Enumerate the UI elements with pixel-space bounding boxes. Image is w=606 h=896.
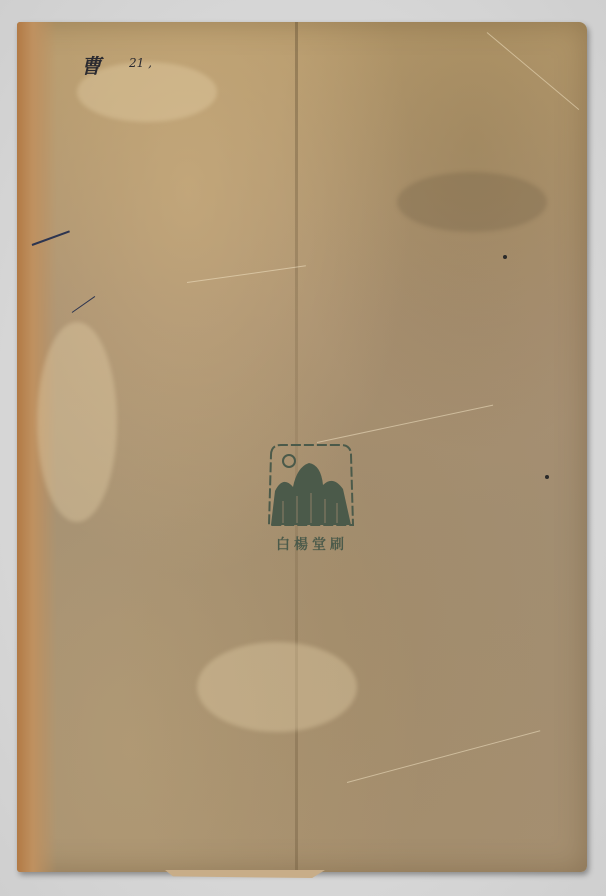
stain [397, 172, 547, 232]
scratch [347, 730, 540, 783]
scratch [487, 32, 580, 110]
ink-dot [503, 255, 507, 259]
publisher-name: 白楊堂刷 [262, 534, 362, 554]
wear-patch [37, 322, 117, 522]
ink-dot [545, 475, 549, 479]
wear-patch [197, 642, 357, 732]
scratch [187, 265, 306, 283]
mountain-emblem-icon [263, 441, 359, 529]
handwritten-glyph: 曹 [81, 50, 101, 79]
scratch [317, 405, 493, 443]
ink-mark [72, 296, 96, 313]
handwritten-note: 21 , [129, 56, 152, 70]
